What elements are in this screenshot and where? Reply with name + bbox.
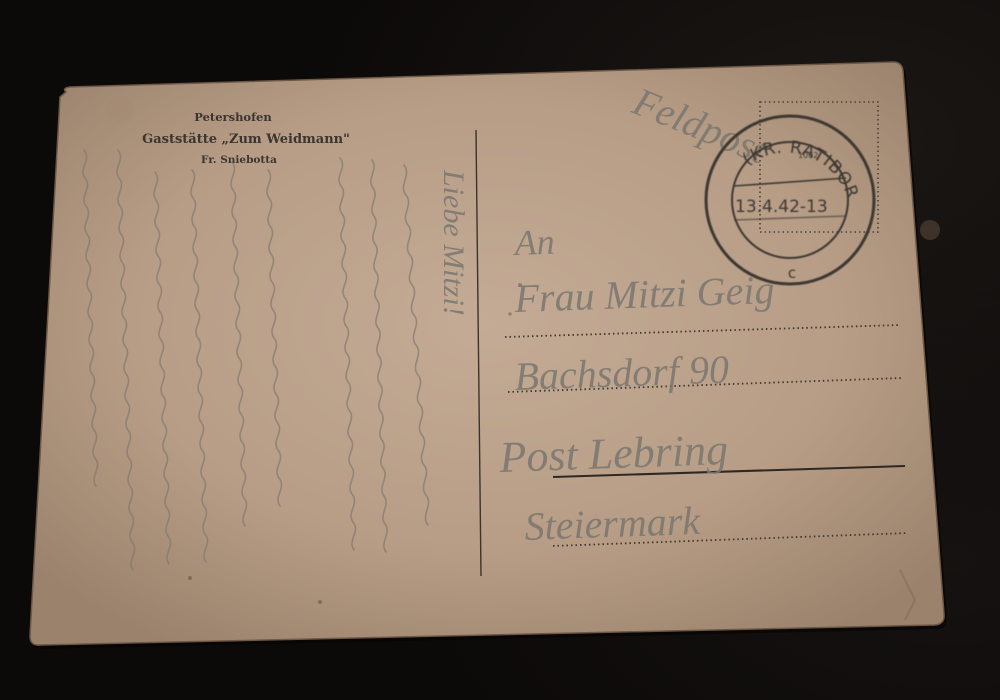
address-an: An: [512, 222, 555, 263]
header-town: Petershofen: [194, 110, 272, 124]
address-post-office: Post Lebring: [498, 425, 729, 482]
address-region: Steiermark: [524, 498, 702, 549]
postmark-letter: c: [788, 264, 796, 282]
postmark-small-number: 1062: [798, 151, 818, 160]
address-recipient: Frau Mitzi Geig: [513, 267, 775, 321]
message-greeting: Liebe Mitzi!: [437, 169, 470, 316]
address-village: Bachsdorf 90: [514, 347, 730, 399]
header-proprietor: Fr. Sniebotta: [201, 154, 277, 166]
postmark-date: 13.4.42-13: [735, 197, 828, 217]
header-inn-name: Gaststätte „Zum Weidmann": [142, 132, 350, 147]
postcard-photo: Petershofen Gaststätte „Zum Weidmann" Fr…: [0, 0, 1000, 700]
